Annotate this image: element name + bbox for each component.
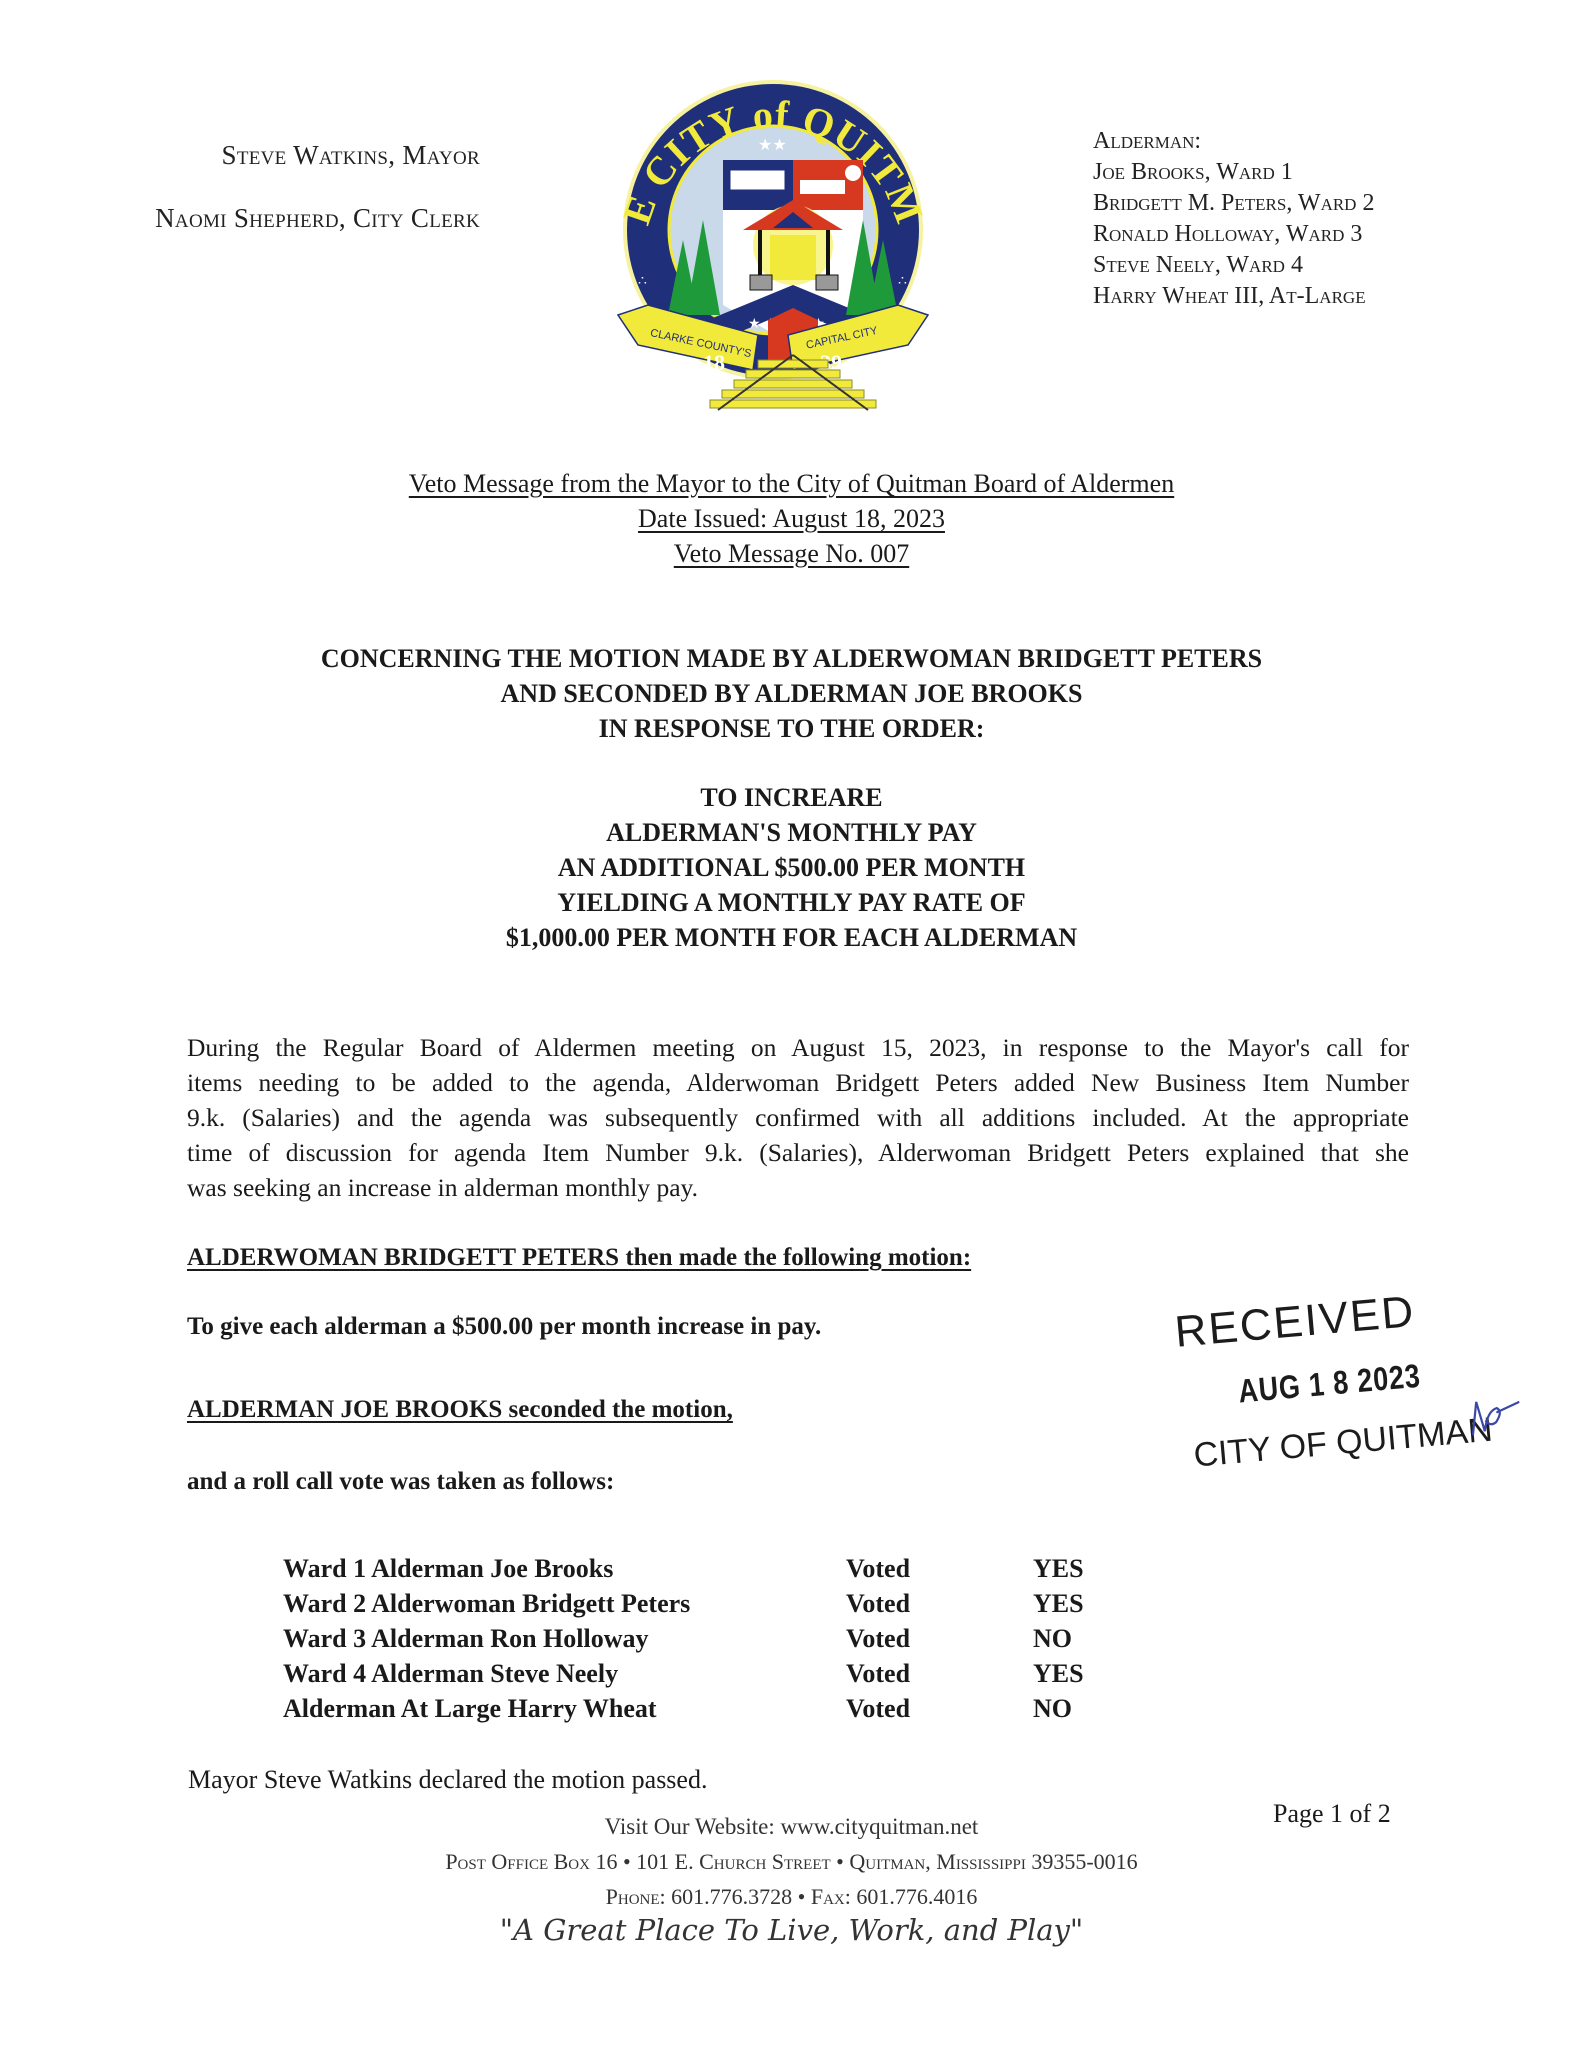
svg-text:∴: ∴: [898, 274, 907, 289]
concerning-heading: CONCERNING THE MOTION MADE BY ALDERWOMAN…: [0, 641, 1583, 746]
order-heading: TO INCREARE ALDERMAN'S MONTHLY PAY AN AD…: [0, 780, 1583, 955]
veto-message-number: Veto Message No. 007: [674, 539, 909, 568]
document-title-block: Veto Message from the Mayor to the City …: [0, 466, 1583, 571]
motion-declaration: Mayor Steve Watkins declared the motion …: [188, 1765, 707, 1795]
alderman-ward-4: Steve Neely, Ward 4: [1093, 250, 1374, 281]
order-line: YIELDING A MONTHLY PAY RATE OF: [0, 885, 1583, 920]
alderman-at-large: Harry Wheat III, At-Large: [1093, 281, 1374, 312]
stamp-date: AUG 1 8 2023: [1237, 1357, 1422, 1411]
mayor-name: Steve Watkins, Mayor: [222, 140, 480, 171]
order-line: $1,000.00 PER MONTH FOR EACH ALDERMAN: [0, 920, 1583, 955]
svg-text:★★: ★★: [758, 137, 787, 154]
order-line: TO INCREARE: [0, 780, 1583, 815]
vote-result: YES: [1033, 1589, 1084, 1619]
vote-verb: Voted: [846, 1589, 910, 1619]
footer-address: Post Office Box 16 • 101 E. Church Stree…: [0, 1849, 1583, 1875]
alderman-ward-2: Bridgett M. Peters, Ward 2: [1093, 188, 1374, 219]
vote-verb: Voted: [846, 1554, 910, 1584]
order-line: AN ADDITIONAL $500.00 PER MONTH: [0, 850, 1583, 885]
alderman-ward-3: Ronald Holloway, Ward 3: [1093, 219, 1374, 250]
paragraph-line: During the Regular Board of Aldermen mee…: [187, 1030, 1409, 1065]
motion-text: To give each alderman a $500.00 per mont…: [187, 1313, 821, 1341]
order-line: ALDERMAN'S MONTHLY PAY: [0, 815, 1583, 850]
vote-verb: Voted: [846, 1624, 910, 1654]
vote-member: Alderman At Large Harry Wheat: [283, 1694, 657, 1724]
vote-result: NO: [1033, 1624, 1072, 1654]
paragraph-line: time of discussion for agenda Item Numbe…: [187, 1135, 1409, 1170]
svg-text:∴: ∴: [638, 274, 647, 289]
alderman-ward-1: Joe Brooks, Ward 1: [1093, 157, 1374, 188]
concerning-line: IN RESPONSE TO THE ORDER:: [0, 711, 1583, 746]
paragraph-line: items needing to be added to the agenda,…: [187, 1065, 1409, 1100]
date-issued: Date Issued: August 18, 2023: [638, 504, 945, 533]
vote-member: Ward 2 Alderwoman Bridgett Peters: [283, 1589, 690, 1619]
motion-heading: ALDERWOMAN BRIDGETT PETERS then made the…: [187, 1244, 971, 1272]
vote-result: YES: [1033, 1554, 1084, 1584]
city-seal-logo: THE CITY of QUITMAN ★★ ★ ★ ★ ★ ★ ∴ ∴ CLA…: [608, 70, 938, 420]
vote-member: Ward 4 Alderman Steve Neely: [283, 1659, 618, 1689]
background-paragraph: During the Regular Board of Aldermen mee…: [187, 1030, 1409, 1205]
footer-website: Visit Our Website: www.cityquitman.net: [0, 1814, 1583, 1840]
concerning-line: CONCERNING THE MOTION MADE BY ALDERWOMAN…: [0, 641, 1583, 676]
footer-slogan: "A Great Place To Live, Work, and Play": [0, 1913, 1583, 1947]
vote-verb: Voted: [846, 1659, 910, 1689]
paragraph-line: 9.k. (Salaries) and the agenda was subse…: [187, 1100, 1409, 1135]
vote-result: NO: [1033, 1694, 1072, 1724]
stamp-received-text: RECEIVED: [1173, 1287, 1417, 1358]
stamp-city: CITY OF QUITMAN: [1192, 1411, 1494, 1476]
paragraph-line: was seeking an increase in alderman mont…: [187, 1170, 1409, 1205]
document-title: Veto Message from the Mayor to the City …: [409, 469, 1174, 498]
vote-result: YES: [1033, 1659, 1084, 1689]
vote-verb: Voted: [846, 1694, 910, 1724]
handwritten-initials-icon: [1461, 1388, 1525, 1443]
concerning-line: AND SECONDED BY ALDERMAN JOE BROOKS: [0, 676, 1583, 711]
received-stamp: RECEIVED AUG 1 8 2023 CITY OF QUITMAN: [1172, 1268, 1528, 1497]
svg-text:18: 18: [703, 350, 725, 375]
city-clerk-name: Naomi Shepherd, City Clerk: [155, 203, 480, 234]
aldermen-label: Alderman:: [1093, 126, 1374, 157]
vote-member: Ward 1 Alderman Joe Brooks: [283, 1554, 613, 1584]
roll-call-intro: and a roll call vote was taken as follow…: [187, 1468, 614, 1496]
footer-phone: Phone: 601.776.3728 • Fax: 601.776.4016: [0, 1884, 1583, 1910]
vote-member: Ward 3 Alderman Ron Holloway: [283, 1624, 648, 1654]
motion-second: ALDERMAN JOE BROOKS seconded the motion,: [187, 1396, 733, 1424]
aldermen-list: Alderman: Joe Brooks, Ward 1 Bridgett M.…: [1093, 126, 1374, 312]
